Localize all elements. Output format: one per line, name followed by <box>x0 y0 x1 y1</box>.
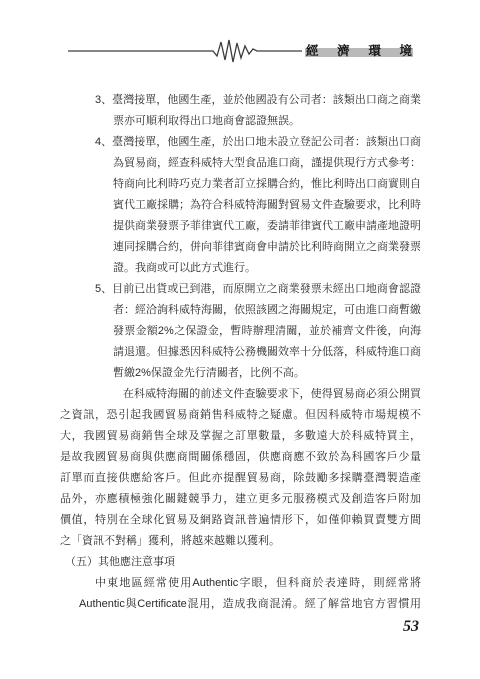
text-line: Authentic與Certificate混用，造成我商混淆。經了解當地官方習慣… <box>79 594 421 615</box>
text-line: 提供商業發票予菲律賓代工廠，委請菲律賓代工廠申請產地證明時， <box>113 216 421 237</box>
text-line: 訂單而直接供應給客戶。但此亦提醒貿易商，除鼓勵多採購臺灣製造產 <box>60 468 421 489</box>
text-line: 證。我商或可以此方式進行。 <box>113 258 421 279</box>
text-line: 之資訊，恐引起我國貿易商銷售科威特之疑慮。但因科威特市場規模不 <box>60 405 421 426</box>
text-line: 中東地區經常使用Authentic字眼，但科商於表達時，則經常將 <box>95 573 421 594</box>
text-line: 在科威特海關的前述文件查驗要求下，使得貿易商必須公開買賣雙方 <box>123 384 421 405</box>
section-title-char: 環 <box>368 45 381 58</box>
text-line: 賓代工廠採購；為符合科威特海關對貿易文件查驗要求，比利時業者 <box>113 195 421 216</box>
page-number: 53 <box>403 618 419 636</box>
section-title-char: 境 <box>399 45 412 58</box>
text-line: 特商向比利時巧克力業者訂立採購合約，惟比利時出口商實則自菲律 <box>113 174 421 195</box>
text-line: 連同採購合約，併向菲律賓商會申請於比利時商開立之商業發票上認 <box>113 237 421 258</box>
document-page: 經濟環境 3、臺灣接單，他國生產，並於他國設有公司者：該類出口商之商業發票亦可順… <box>0 0 480 679</box>
section-title-text: 經濟環境 <box>306 43 412 59</box>
pulse-line-art <box>64 36 308 68</box>
text-line: 5、目前已出貨或已到港，而原開立之商業發票未經出口地商會認證 <box>95 279 421 300</box>
section-title-char: 濟 <box>337 45 350 58</box>
text-line: 品外，亦應積極強化關鍵競爭力，建立更多元服務模式及創造客戶附加 <box>60 489 421 510</box>
text-line: 之「資訊不對稱」獲利，將越來越難以獲利。 <box>60 531 421 552</box>
body-text: 3、臺灣接單，他國生產，並於他國設有公司者：該類出口商之商業發票亦可順利取得出口… <box>60 90 421 615</box>
text-line: 3、臺灣接單，他國生產，並於他國設有公司者：該類出口商之商業發 <box>95 90 421 111</box>
page-header: 經濟環境 <box>0 0 480 70</box>
text-line: 是故我國貿易商與供應商間關係穩固，供應商應不致於為科國客戶少量 <box>60 447 421 468</box>
text-line: 為貿易商，經查科威特大型食品進口商，謹提供現行方式參考：科威 <box>113 153 421 174</box>
text-line: 票亦可順利取得出口地商會認證無誤。 <box>113 111 421 132</box>
text-line: 者：經洽詢科威特海關，依照該國之海關規定，可由進口商暫繳商業 <box>113 300 421 321</box>
text-line: 請退還。但據悉因科威特公務機關效率十分低落，科威特進口商願以 <box>113 342 421 363</box>
section-title-char: 經 <box>306 45 319 58</box>
text-line: 暫繳2%保證金先行清關者，比例不高。 <box>113 363 421 384</box>
text-line: （五）其他應注意事項 <box>65 552 421 573</box>
text-line: 價值，特別在全球化貿易及網路資訊普遍情形下，如僅仰賴買賣雙方間 <box>60 510 421 531</box>
text-line: 4、臺灣接單，他國生產，於出口地未設立登記公司者：該類出口商多 <box>95 132 421 153</box>
text-line: 發票金額2%之保證金，暫時辦理清關，並於補齊文件後，向海關申 <box>113 321 421 342</box>
text-line: 大，我國貿易商銷售全球及掌握之訂單數量，多數遠大於科威特買主， <box>60 426 421 447</box>
section-title: 經濟環境 <box>305 43 413 59</box>
